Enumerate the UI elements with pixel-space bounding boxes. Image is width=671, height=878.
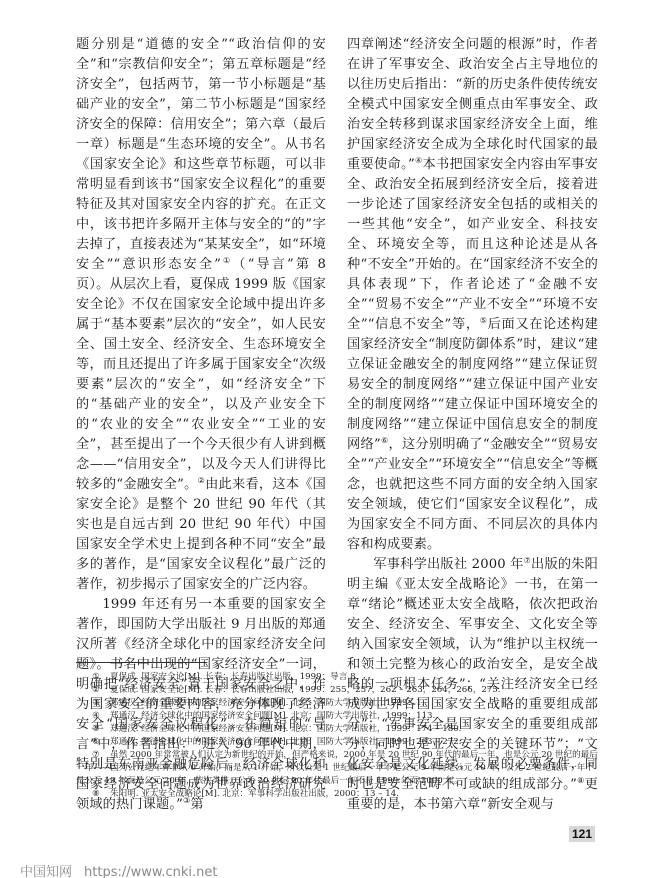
footnote-ref[interactable]: ⑦: [524, 556, 531, 565]
paragraph-text: （“导言”第 8 页）。从层次上看，夏保成 1999 版《国家安全论》不仅在国家…: [76, 257, 326, 492]
footnote-text: 郑通汉. 经济全球化中的国家经济安全问题[M]. 北京：国防大学出版社，1999…: [110, 736, 600, 749]
footnote-ref[interactable]: ④: [415, 156, 423, 165]
paragraph-text: 军事科学出版社 2000 年: [373, 557, 523, 572]
footnote-item: ⑥郑通汉. 经济全球化中的国家经济安全问题[M]. 北京：国防大学出版社，199…: [76, 736, 600, 749]
footnote-text: 夏保成. 国家安全论[M]. 长春：长春出版社出版，1999：255，257，2…: [110, 684, 600, 697]
paragraph: 题分别是“道德的安全”“政治信仰的安全”和“宗教信仰安全”；第五章标题是“经济安…: [76, 35, 326, 595]
footnote-text: 郑通汉. 经济全球化中的国家经济安全问题[M]. 北京：国防大学出版社，1999…: [110, 697, 600, 710]
watermark-url[interactable]: https://www.cnki.net: [84, 865, 217, 878]
footnote-number: ⑦: [92, 749, 110, 762]
paragraph-text: 由此来看，这本《国家安全论》是整个 20 世纪 90 年代（其实也是自远古到 2…: [76, 477, 326, 592]
paragraph-text: ，这分别明确了“金融安全”“贸易安全”“产业安全”“环境安全”“信息安全”等概念…: [347, 437, 598, 552]
watermark-brand: 中国知网: [20, 865, 72, 878]
footnote-item: ⑧朱阳明. 亚太安全战略论[M]. 北京：军事科学出版社出版，2000：13 –…: [76, 788, 600, 801]
footnote-number: ④: [76, 710, 110, 723]
footnote-item: ②夏保成. 国家安全论[M]. 长春：长春出版社出版，1999：255，257，…: [76, 684, 600, 697]
footnote-text: 夏保成. 国家安全论[M]. 长春：长春出版社出版，1999：导言 8.: [110, 671, 600, 684]
footnote-item: ③郑通汉. 经济全球化中的国家经济安全问题[M]. 北京：国防大学出版社，199…: [76, 697, 600, 710]
footnotes: ①夏保成. 国家安全论[M]. 长春：长春出版社出版，1999：导言 8. ②夏…: [76, 671, 600, 801]
footnote-text: 朱阳明. 亚太安全战略论[M]. 北京：军事科学出版社出版，2000：13 – …: [110, 788, 600, 801]
footnote-text: 虽然 2000 年常常被人们认定为新世纪的开始，但严格来说，2000 年是 20…: [76, 750, 598, 786]
paragraph-text: 四章阐述“经济安全问题的根源”时，作者在讲了军事安全、政治安全占主导地位的以往历…: [347, 37, 598, 172]
footnote-number: ③: [76, 697, 110, 710]
footnote-item: ④郑通汉. 经济全球化中的国家经济安全问题[M]. 北京：国防大学出版社，199…: [76, 710, 600, 723]
source-watermark: 中国知网https://www.cnki.net: [20, 861, 217, 878]
footnote-number: ②: [76, 684, 110, 697]
page-number: 121: [569, 826, 595, 842]
footnote-item: ⑦虽然 2000 年常常被人们认定为新世纪的开始，但严格来说，2000 年是 2…: [76, 749, 600, 788]
footnote-separator: [76, 662, 206, 663]
footnote-ref[interactable]: ②: [198, 476, 205, 485]
paragraph-text: 后面又在论述构建国家经济安全“制度防御体系”时，建议“建立保证金融安全的制度网络…: [347, 317, 598, 452]
paragraph: 四章阐述“经济安全问题的根源”时，作者在讲了军事安全、政治安全占主导地位的以往历…: [347, 35, 598, 555]
footnote-text: 郑通汉. 经济全球化中的国家经济安全问题[M]. 北京：国防大学出版社，1999…: [110, 710, 600, 723]
paragraph-text: 本书把国家安全内容由军事安全、政治安全拓展到经济安全后，接着进一步论述了国家经济…: [347, 157, 598, 332]
footnote-item: ⑤郑通汉. 经济全球化中的国家经济安全问题[M]. 北京：国防大学出版社，199…: [76, 723, 600, 736]
footnote-ref[interactable]: ⑤: [480, 316, 488, 325]
journal-page: 题分别是“道德的安全”“政治信仰的安全”和“宗教信仰安全”；第五章标题是“经济安…: [0, 0, 671, 878]
footnote-item: ①夏保成. 国家安全论[M]. 长春：长春出版社出版，1999：导言 8.: [76, 671, 600, 684]
footnote-ref[interactable]: ①: [221, 256, 232, 265]
footnote-number: ①: [76, 671, 110, 684]
footnote-text: 郑通汉. 经济全球化中的国家经济安全问题[M]. 北京：国防大学出版社，1999…: [110, 723, 600, 736]
footnote-number: ⑥: [76, 736, 110, 749]
footnote-number: ⑧: [76, 788, 110, 801]
paragraph-text: 题分别是“道德的安全”“政治信仰的安全”和“宗教信仰安全”；第五章标题是“经济安…: [76, 37, 326, 272]
footnote-number: ⑤: [76, 723, 110, 736]
